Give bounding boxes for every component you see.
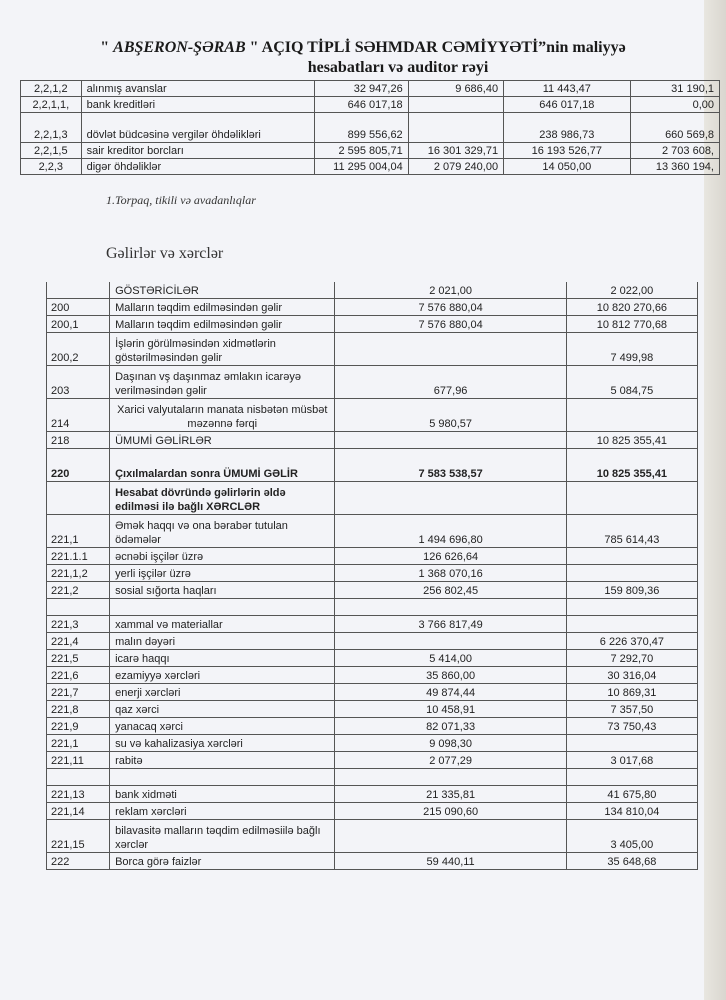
cell-code: 214 <box>47 399 110 432</box>
cell-y2021: 9 098,30 <box>335 735 566 752</box>
table-row: 220Çıxılmalardan sonra ÜMUMİ GƏLİR7 583 … <box>47 449 698 482</box>
cell-y2022: 10 812 770,68 <box>566 316 697 333</box>
cell-y2021: 1 494 696,80 <box>335 515 566 548</box>
cell-y2021: 5 980,57 <box>335 399 566 432</box>
cell-label <box>110 599 335 616</box>
cell-y2022: 30 316,04 <box>566 667 697 684</box>
cell-y2021: 35 860,00 <box>335 667 566 684</box>
cell-v2 <box>408 97 503 113</box>
table-row: 221,14reklam xərcləri215 090,60134 810,0… <box>47 803 698 820</box>
cell-v4: 660 569,8 <box>630 113 719 143</box>
cell-y2022: 10 820 270,66 <box>566 299 697 316</box>
cell-code: 218 <box>47 432 110 449</box>
footnote: 1.Torpaq, tikili və avadanlıqlar <box>106 193 256 208</box>
cell-label: Çıxılmalardan sonra ÜMUMİ GƏLİR <box>110 449 335 482</box>
table-row: 221,15bilavasitə malların təqdim edilməs… <box>47 820 698 853</box>
cell-y2022: 3 405,00 <box>566 820 697 853</box>
table-row: 2,2,1,5sair kreditor borcları2 595 805,7… <box>21 143 720 159</box>
cell-y2022: 7 357,50 <box>566 701 697 718</box>
cell-v4: 31 190,1 <box>630 81 719 97</box>
cell-label: əcnəbi işçilər üzrə <box>110 548 335 565</box>
cell-y2021 <box>335 432 566 449</box>
cell-y2021: 126 626,64 <box>335 548 566 565</box>
cell-y2022 <box>566 565 697 582</box>
income-expense-table: GÖSTƏRİCİLƏR 2 021,00 2 022,00 200Mallar… <box>46 282 698 870</box>
cell-y2022: 6 226 370,47 <box>566 633 697 650</box>
cell-y2022: 10 869,31 <box>566 684 697 701</box>
cell-y2021 <box>335 599 566 616</box>
cell-v1: 32 947,26 <box>315 81 408 97</box>
cell-label: enerji xərcləri <box>110 684 335 701</box>
cell-label: İşlərin görülməsindən xidmətlərin göstər… <box>110 333 335 366</box>
cell-y2021 <box>335 769 566 786</box>
table-row: Hesabat dövründə gəlirlərin əldə edilməs… <box>47 482 698 515</box>
cell-code <box>47 599 110 616</box>
table-header-row: GÖSTƏRİCİLƏR 2 021,00 2 022,00 <box>47 282 698 299</box>
table-row: 2,2,1,3dövlət büdcəsinə vergilər öhdəlik… <box>21 113 720 143</box>
cell-y2021: 21 335,81 <box>335 786 566 803</box>
table-row: 221,4malın dəyəri6 226 370,47 <box>47 633 698 650</box>
cell-y2021: 10 458,91 <box>335 701 566 718</box>
cell-label: yanacaq xərci <box>110 718 335 735</box>
table-row: 221,3xammal və materiallar3 766 817,49 <box>47 616 698 633</box>
table-row: 200Malların təqdim edilməsindən gəlir7 5… <box>47 299 698 316</box>
cell-code: 221,6 <box>47 667 110 684</box>
cell-label: Malların təqdim edilməsindən gəlir <box>110 316 335 333</box>
table-row: 218ÜMUMİ GƏLİRLƏR10 825 355,41 <box>47 432 698 449</box>
cell-y2022 <box>566 616 697 633</box>
cell-label <box>110 769 335 786</box>
cell-v2: 2 079 240,00 <box>408 159 503 175</box>
cell-code: 221,1 <box>47 515 110 548</box>
table-row: 221,11rabitə2 077,293 017,68 <box>47 752 698 769</box>
cell-y2022: 35 648,68 <box>566 853 697 870</box>
table-row: 221,6ezamiyyə xərcləri35 860,0030 316,04 <box>47 667 698 684</box>
cell-v1: 2 595 805,71 <box>315 143 408 159</box>
cell-y2021: 59 440,11 <box>335 853 566 870</box>
cell-y2021: 1 368 070,16 <box>335 565 566 582</box>
table-row <box>47 599 698 616</box>
cell-label: bank xidməti <box>110 786 335 803</box>
cell-y2022 <box>566 548 697 565</box>
cell-v4: 13 360 194, <box>630 159 719 175</box>
cell-code: 221,9 <box>47 718 110 735</box>
cell-code: 200 <box>47 299 110 316</box>
table-row: 200,2İşlərin görülməsindən xidmətlərin g… <box>47 333 698 366</box>
cell-code: 2,2,3 <box>21 159 82 175</box>
cell-code <box>47 482 110 515</box>
cell-y2021: 7 576 880,04 <box>335 316 566 333</box>
cell-y2022 <box>566 399 697 432</box>
table-row: 221,9yanacaq xərci82 071,3373 750,43 <box>47 718 698 735</box>
cell-y2021 <box>335 333 566 366</box>
cell-code: 222 <box>47 853 110 870</box>
cell-code: 200,1 <box>47 316 110 333</box>
cell-code: 221,5 <box>47 650 110 667</box>
header-2021: 2 021,00 <box>335 282 566 299</box>
cell-y2022: 73 750,43 <box>566 718 697 735</box>
cell-y2021 <box>335 482 566 515</box>
cell-code <box>47 769 110 786</box>
title-brand: ABŞERON-ŞƏRAB <box>113 39 246 56</box>
title-rest: " AÇIQ TİPLİ SƏHMDAR CƏMİYYƏTİ”nin maliy… <box>246 39 626 56</box>
cell-label: alınmış avanslar <box>81 81 315 97</box>
cell-v4: 0,00 <box>630 97 719 113</box>
cell-v1: 899 556,62 <box>315 113 408 143</box>
header-2022: 2 022,00 <box>566 282 697 299</box>
cell-code: 221,8 <box>47 701 110 718</box>
cell-y2022: 7 499,98 <box>566 333 697 366</box>
cell-label: Borca görə faizlər <box>110 853 335 870</box>
cell-y2022: 7 292,70 <box>566 650 697 667</box>
cell-y2022: 41 675,80 <box>566 786 697 803</box>
cell-y2021: 677,96 <box>335 366 566 399</box>
cell-v3: 646 017,18 <box>504 97 630 113</box>
cell-v1: 646 017,18 <box>315 97 408 113</box>
cell-label: Daşınan vş daşınmaz əmlakın icarəyə veri… <box>110 366 335 399</box>
cell-code: 2,2,1,5 <box>21 143 82 159</box>
cell-label: sair kreditor borcları <box>81 143 315 159</box>
table-row: 221,7enerji xərcləri49 874,4410 869,31 <box>47 684 698 701</box>
cell-y2021: 5 414,00 <box>335 650 566 667</box>
cell-label: sosial sığorta haqları <box>110 582 335 599</box>
cell-code: 203 <box>47 366 110 399</box>
cell-label: yerli işçilər üzrə <box>110 565 335 582</box>
cell-label: Əmək haqqı və ona bərabər tutulan ödəməl… <box>110 515 335 548</box>
cell-y2021: 215 090,60 <box>335 803 566 820</box>
table-row: 221,1Əmək haqqı və ona bərabər tutulan ö… <box>47 515 698 548</box>
cell-y2021: 49 874,44 <box>335 684 566 701</box>
cell-y2021 <box>335 633 566 650</box>
cell-y2021: 82 071,33 <box>335 718 566 735</box>
cell-label: rabitə <box>110 752 335 769</box>
cell-code: 221,1,2 <box>47 565 110 582</box>
cell-label: malın dəyəri <box>110 633 335 650</box>
table-row: 222Borca görə faizlər59 440,1135 648,68 <box>47 853 698 870</box>
cell-label: digər öhdəliklər <box>81 159 315 175</box>
cell-y2021: 2 077,29 <box>335 752 566 769</box>
cell-y2022 <box>566 735 697 752</box>
table-row: 221,1,2yerli işçilər üzrə1 368 070,16 <box>47 565 698 582</box>
cell-code: 221,1 <box>47 735 110 752</box>
cell-label: Hesabat dövründə gəlirlərin əldə edilməs… <box>110 482 335 515</box>
cell-v2: 9 686,40 <box>408 81 503 97</box>
table-row: 221.1.1əcnəbi işçilər üzrə126 626,64 <box>47 548 698 565</box>
header-code <box>47 282 110 299</box>
table-row: 221,8qaz xərci10 458,917 357,50 <box>47 701 698 718</box>
cell-label: qaz xərci <box>110 701 335 718</box>
cell-label: ÜMUMİ GƏLİRLƏR <box>110 432 335 449</box>
cell-y2021: 7 576 880,04 <box>335 299 566 316</box>
document-title: " ABŞERON-ŞƏRAB " AÇIQ TİPLİ SƏHMDAR CƏM… <box>0 38 726 78</box>
table-row: 221,5icarə haqqı5 414,007 292,70 <box>47 650 698 667</box>
cell-label: Xarici valyutaların manata nisbətən müsb… <box>110 399 335 432</box>
cell-y2022 <box>566 769 697 786</box>
cell-y2022: 5 084,75 <box>566 366 697 399</box>
cell-y2022: 10 825 355,41 <box>566 432 697 449</box>
header-label: GÖSTƏRİCİLƏR <box>110 282 335 299</box>
table-row: 2,2,1,2alınmış avanslar32 947,269 686,40… <box>21 81 720 97</box>
cell-label: reklam xərcləri <box>110 803 335 820</box>
cell-v3: 14 050,00 <box>504 159 630 175</box>
cell-y2022: 3 017,68 <box>566 752 697 769</box>
cell-y2022: 10 825 355,41 <box>566 449 697 482</box>
cell-code: 221,2 <box>47 582 110 599</box>
cell-code: 221,14 <box>47 803 110 820</box>
cell-v1: 11 295 004,04 <box>315 159 408 175</box>
title-quote: " <box>100 39 113 56</box>
cell-y2022 <box>566 599 697 616</box>
cell-label: bank kreditləri <box>81 97 315 113</box>
table-row: 2,2,1,1,bank kreditləri646 017,18646 017… <box>21 97 720 113</box>
cell-code: 2,2,1,1, <box>21 97 82 113</box>
cell-code: 221,15 <box>47 820 110 853</box>
table-row <box>47 769 698 786</box>
cell-code: 200,2 <box>47 333 110 366</box>
cell-y2022: 134 810,04 <box>566 803 697 820</box>
cell-code: 221,3 <box>47 616 110 633</box>
cell-v3: 238 986,73 <box>504 113 630 143</box>
cell-v2: 16 301 329,71 <box>408 143 503 159</box>
cell-v3: 11 443,47 <box>504 81 630 97</box>
title-line-2: hesabatları və auditor rəyi <box>0 58 726 78</box>
cell-code: 2,2,1,2 <box>21 81 82 97</box>
table-row: 221,1su və kahalizasiya xərcləri9 098,30 <box>47 735 698 752</box>
table-row: 214Xarici valyutaların manata nisbətən m… <box>47 399 698 432</box>
cell-v3: 16 193 526,77 <box>504 143 630 159</box>
cell-code: 221,7 <box>47 684 110 701</box>
cell-v2 <box>408 113 503 143</box>
cell-label: su və kahalizasiya xərcləri <box>110 735 335 752</box>
table-row: 200,1Malların təqdim edilməsindən gəlir7… <box>47 316 698 333</box>
cell-code: 221,4 <box>47 633 110 650</box>
cell-code: 2,2,1,3 <box>21 113 82 143</box>
cell-y2021: 256 802,45 <box>335 582 566 599</box>
cell-y2022 <box>566 482 697 515</box>
cell-label: ezamiyyə xərcləri <box>110 667 335 684</box>
cell-v4: 2 703 608, <box>630 143 719 159</box>
cell-code: 220 <box>47 449 110 482</box>
cell-label: xammal və materiallar <box>110 616 335 633</box>
table-row: 2,2,3digər öhdəliklər11 295 004,042 079 … <box>21 159 720 175</box>
liabilities-table: 2,2,1,2alınmış avanslar32 947,269 686,40… <box>20 80 720 175</box>
cell-y2022: 785 614,43 <box>566 515 697 548</box>
cell-label: bilavasitə malların təqdim edilməsiilə b… <box>110 820 335 853</box>
cell-y2022: 159 809,36 <box>566 582 697 599</box>
cell-y2021: 7 583 538,57 <box>335 449 566 482</box>
cell-y2021 <box>335 820 566 853</box>
cell-y2021: 3 766 817,49 <box>335 616 566 633</box>
table-row: 203Daşınan vş daşınmaz əmlakın icarəyə v… <box>47 366 698 399</box>
cell-code: 221.1.1 <box>47 548 110 565</box>
table-row: 221,13bank xidməti21 335,8141 675,80 <box>47 786 698 803</box>
table-row: 221,2sosial sığorta haqları256 802,45159… <box>47 582 698 599</box>
cell-code: 221,13 <box>47 786 110 803</box>
cell-label: Malların təqdim edilməsindən gəlir <box>110 299 335 316</box>
cell-label: icarə haqqı <box>110 650 335 667</box>
cell-label: dövlət büdcəsinə vergilər öhdəlikləri <box>81 113 315 143</box>
section-title: Gəlirlər və xərclər <box>106 245 223 263</box>
cell-code: 221,11 <box>47 752 110 769</box>
